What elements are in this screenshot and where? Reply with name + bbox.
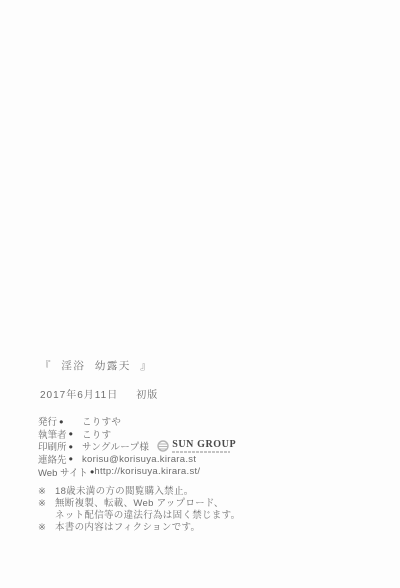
reference-mark-icon: ※ [38, 498, 55, 522]
reference-mark-icon: ※ [38, 486, 55, 498]
note-line: 18歳未満の方の閲覧購入禁止。 [55, 486, 194, 498]
note-text: 18歳未満の方の閲覧購入禁止。 [55, 486, 194, 498]
credit-row-contact: 連絡先 ● korisu@korisuya.kirara.st [38, 453, 236, 466]
publication-date: 2017年6月11日 [40, 390, 118, 401]
note-line: 本書の内容はフィクションです。 [55, 522, 200, 534]
sun-group-logo: SUN GROUP [157, 440, 236, 454]
note-text: 本書の内容はフィクションです。 [55, 522, 200, 534]
credit-row-publisher: 発行 ● こりすや [38, 415, 236, 428]
bullet-icon: ● [69, 455, 74, 463]
credit-label: Web サイト [38, 465, 88, 479]
edition-label: 初版 [136, 390, 158, 401]
note-text: 無断複製、転載、Web アップロード、 ネット配信等の違法行為は固く禁じます。 [55, 498, 240, 522]
note-age-restriction: ※ 18歳未満の方の閲覧購入禁止。 [38, 486, 240, 498]
note-fiction: ※ 本書の内容はフィクションです。 [38, 522, 240, 534]
note-line: 無断複製、転載、Web アップロード、 [55, 498, 240, 510]
sun-group-text-stack: SUN GROUP [172, 440, 236, 454]
sun-group-logo-text: SUN GROUP [172, 440, 236, 450]
credit-label-cell: Web サイト ● [38, 465, 94, 479]
bullet-icon: ● [69, 443, 74, 451]
notes-block: ※ 18歳未満の方の閲覧購入禁止。 ※ 無断複製、転載、Web アップロード、 … [38, 486, 240, 534]
credit-row-website: Web サイト ● http://korisuya.kirara.st/ [38, 465, 236, 478]
note-line: ネット配信等の違法行為は固く禁じます。 [55, 510, 240, 522]
bullet-icon: ● [59, 418, 64, 426]
credits-block: 発行 ● こりすや 執筆者 ● こりす 印刷所 ● サングループ様 SUN GR… [38, 415, 236, 478]
note-copyright: ※ 無断複製、転載、Web アップロード、 ネット配信等の違法行為は固く禁じます… [38, 498, 240, 522]
contact-email-text: korisu@korisuya.kirara.st [82, 454, 196, 465]
publication-date-line: 2017年6月11日初版 [40, 386, 158, 401]
striped-globe-icon [157, 440, 169, 452]
reference-mark-icon: ※ [38, 522, 55, 534]
credit-value: サングループ様 [82, 439, 149, 453]
bullet-icon: ● [69, 430, 74, 438]
website-url-text: http://korisuya.kirara.st/ [94, 466, 200, 477]
credit-row-printer: 印刷所 ● サングループ様 SUN GROUP [38, 440, 236, 453]
book-title: 『 淫浴 幼露天 』 [40, 358, 152, 373]
